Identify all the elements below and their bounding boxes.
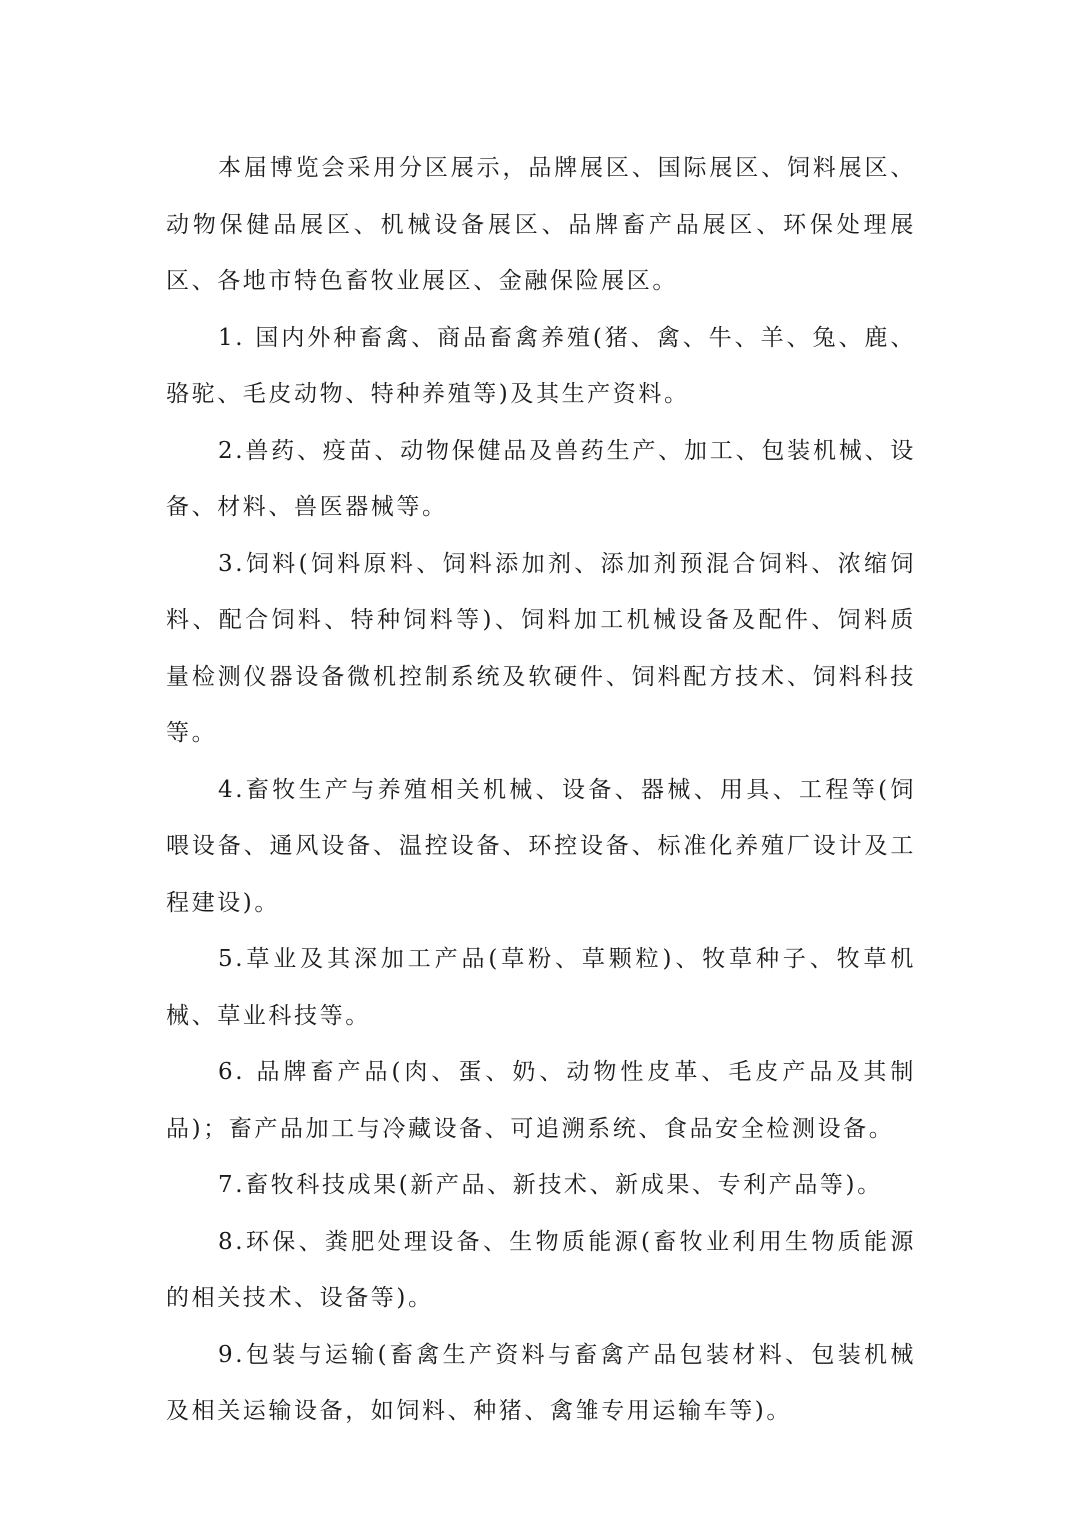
list-item-6: 6. 品牌畜产品(肉、蛋、奶、动物性皮革、毛皮产品及其制品)；畜产品加工与冷藏设… — [166, 1044, 916, 1157]
list-item-7: 7.畜牧科技成果(新产品、新技术、新成果、专利产品等)。 — [166, 1157, 916, 1214]
list-item-1: 1. 国内外种畜禽、商品畜禽养殖(猪、禽、牛、羊、兔、鹿、骆驼、毛皮动物、特种养… — [166, 310, 916, 423]
document-page: 本届博览会采用分区展示，品牌展区、国际展区、饲料展区、动物保健品展区、机械设备展… — [166, 140, 916, 1440]
list-item-2: 2.兽药、疫苗、动物保健品及兽药生产、加工、包装机械、设备、材料、兽医器械等。 — [166, 423, 916, 536]
list-item-5: 5.草业及其深加工产品(草粉、草颗粒)、牧草种子、牧草机械、草业科技等。 — [166, 931, 916, 1044]
intro-paragraph: 本届博览会采用分区展示，品牌展区、国际展区、饲料展区、动物保健品展区、机械设备展… — [166, 140, 916, 310]
list-item-4: 4.畜牧生产与养殖相关机械、设备、器械、用具、工程等(饲喂设备、通风设备、温控设… — [166, 762, 916, 932]
list-item-9: 9.包装与运输(畜禽生产资料与畜禽产品包装材料、包装机械及相关运输设备，如饲料、… — [166, 1327, 916, 1440]
list-item-3: 3.饲料(饲料原料、饲料添加剂、添加剂预混合饲料、浓缩饲料、配合饲料、特种饲料等… — [166, 536, 916, 762]
list-item-8: 8.环保、粪肥处理设备、生物质能源(畜牧业利用生物质能源的相关技术、设备等)。 — [166, 1214, 916, 1327]
